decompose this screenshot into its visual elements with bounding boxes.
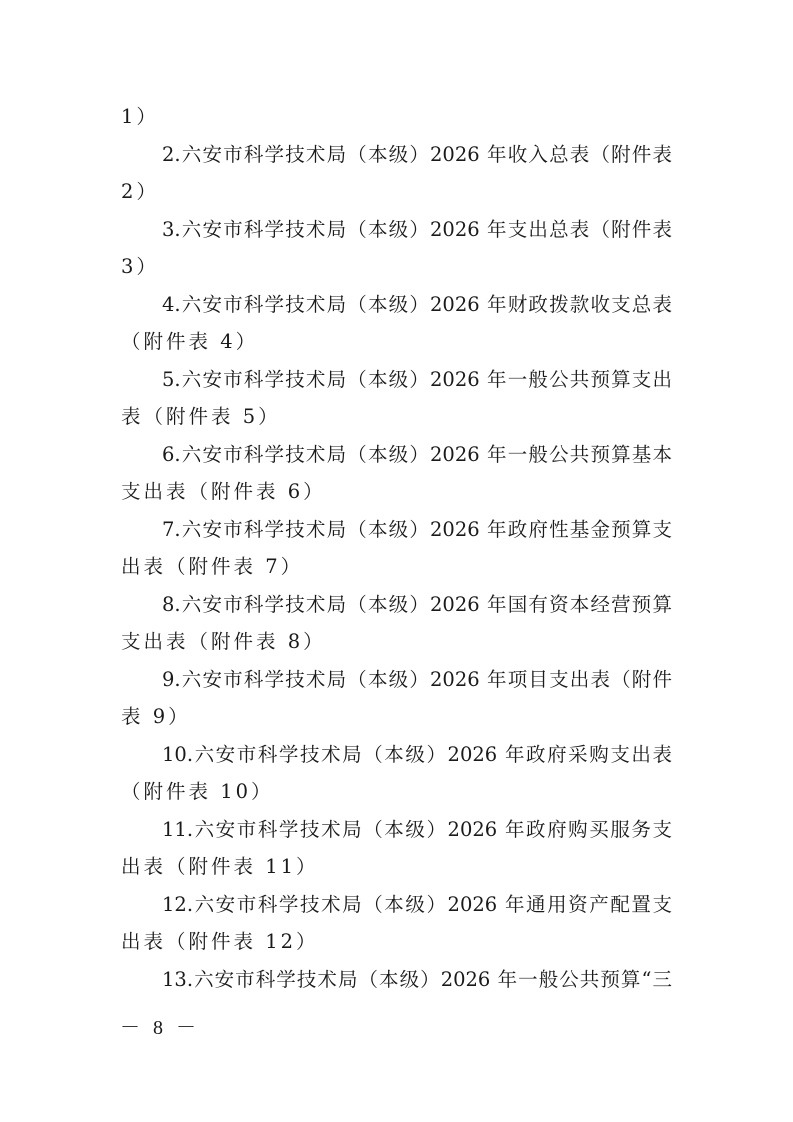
list-item-5-line-2: 表（附件表 5） (121, 403, 672, 431)
list-item-6-line-2: 支出表（附件表 6） (121, 478, 672, 506)
list-item-5-line-1: 5.六安市科学技术局（本级）2026 年一般公共预算支出 (162, 366, 672, 394)
list-item-7-line-2: 出表（附件表 7） (121, 553, 672, 581)
list-item-12-line-1: 12.六安市科学技术局（本级）2026 年通用资产配置支 (162, 891, 672, 919)
list-item-4-line-2: （附件表 4） (121, 328, 672, 356)
list-item-2-line-1: 2.六安市科学技术局（本级）2026 年收入总表（附件表 (162, 141, 672, 169)
list-item-10-line-2: （附件表 10） (121, 778, 672, 806)
list-item-10-line-1: 10.六安市科学技术局（本级）2026 年政府采购支出表 (162, 741, 672, 769)
list-item-11-line-1: 11.六安市科学技术局（本级）2026 年政府购买服务支 (162, 816, 672, 844)
list-item-8-line-1: 8.六安市科学技术局（本级）2026 年国有资本经营预算 (162, 591, 672, 619)
list-item-6-line-1: 6.六安市科学技术局（本级）2026 年一般公共预算基本 (162, 441, 672, 469)
list-item-3-line-1: 3.六安市科学技术局（本级）2026 年支出总表（附件表 (162, 216, 672, 244)
list-item-2-line-2: 2） (121, 178, 672, 206)
list-item-9-line-1: 9.六安市科学技术局（本级）2026 年项目支出表（附件 (162, 666, 672, 694)
document-page: 1） 2.六安市科学技术局（本级）2026 年收入总表（附件表 2） 3.六安市… (0, 0, 793, 1122)
page-number: － 8 － (120, 1015, 200, 1041)
list-item-8-line-2: 支出表（附件表 8） (121, 628, 672, 656)
list-item-7-line-1: 7.六安市科学技术局（本级）2026 年政府性基金预算支 (162, 516, 672, 544)
list-item-4-line-1: 4.六安市科学技术局（本级）2026 年财政拨款收支总表 (162, 291, 672, 319)
list-item-13-line-1: 13.六安市科学技术局（本级）2026 年一般公共预算“三 (162, 966, 672, 994)
list-item-12-line-2: 出表（附件表 12） (121, 928, 672, 956)
text-line-continuation-1: 1） (121, 103, 672, 131)
list-item-3-line-2: 3） (121, 253, 672, 281)
list-item-11-line-2: 出表（附件表 11） (121, 853, 672, 881)
list-item-9-line-2: 表 9） (121, 703, 672, 731)
